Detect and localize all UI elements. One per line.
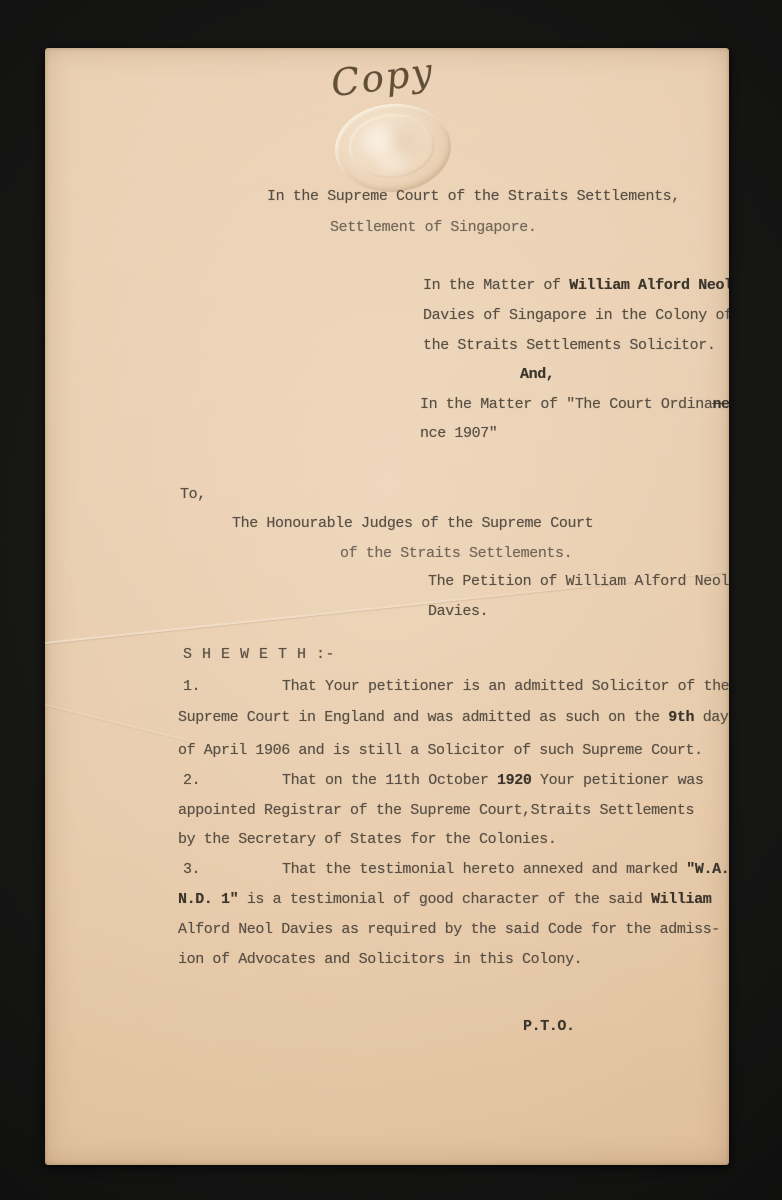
paragraph-text: Your petitioner was bbox=[531, 772, 703, 789]
paragraph-text: day bbox=[694, 709, 728, 726]
paragraph-text: Supreme Court in England and was admitte… bbox=[178, 709, 668, 726]
salutation: To, bbox=[180, 486, 206, 503]
copy-annotation: Copy bbox=[329, 50, 437, 105]
embossed-seal-icon bbox=[332, 100, 454, 196]
court-heading-line-2: Settlement of Singapore. bbox=[330, 219, 536, 236]
date-emphasis: 9th bbox=[668, 709, 694, 726]
matter-clause-line-3: the Straits Settlements Solicitor. bbox=[423, 337, 715, 354]
struck-out-text: ne bbox=[712, 396, 729, 413]
paragraph-3-line-2: N.D. 1" is a testimonial of good charact… bbox=[178, 891, 711, 908]
paragraph-3-number: 3. bbox=[183, 861, 200, 878]
addressee-line-1: The Honourable Judges of the Supreme Cou… bbox=[232, 515, 593, 532]
matter-clause-text: In the Matter of bbox=[423, 277, 569, 294]
paragraph-2-line-1: That on the 11th October 1920 Your petit… bbox=[282, 772, 703, 789]
year-emphasis: 1920 bbox=[497, 772, 531, 789]
addressee-line-2: of the Straits Settlements. bbox=[340, 545, 572, 562]
paragraph-3-line-4: ion of Advocates and Solicitors in this … bbox=[178, 951, 582, 968]
paragraph-2-line-2: appointed Registrar of the Supreme Court… bbox=[178, 802, 694, 819]
seal-crest-icon bbox=[347, 111, 437, 181]
paragraph-1-line-2: Supreme Court in England and was admitte… bbox=[178, 709, 729, 726]
petition-title-line-2: Davies. bbox=[428, 603, 488, 620]
sheweth-heading: S H E W E T H :- bbox=[183, 646, 335, 663]
matter-and-separator: And, bbox=[520, 366, 554, 383]
paragraph-2-line-3: by the Secretary of States for the Colon… bbox=[178, 831, 556, 848]
paragraph-1-line-1: That Your petitioner is an admitted Soli… bbox=[282, 678, 729, 695]
paragraph-text: That on the 11th October bbox=[282, 772, 497, 789]
matter-clause-line-5: In the Matter of "The Court Ordinane bbox=[420, 396, 729, 413]
paragraph-2-number: 2. bbox=[183, 772, 200, 789]
exhibit-mark: "W.A. bbox=[686, 861, 729, 878]
scan-background: Copy In the Supreme Court of the Straits… bbox=[0, 0, 782, 1200]
petition-document-page: Copy In the Supreme Court of the Straits… bbox=[45, 48, 729, 1165]
paper-crease bbox=[45, 703, 195, 743]
pto-label: P.T.O. bbox=[523, 1018, 575, 1035]
paragraph-3-line-1: That the testimonial hereto annexed and … bbox=[282, 861, 729, 878]
court-heading-line-1: In the Supreme Court of the Straits Sett… bbox=[267, 188, 680, 205]
paragraph-text: That the testimonial hereto annexed and … bbox=[282, 861, 686, 878]
matter-clause-line-6: nce 1907" bbox=[420, 425, 497, 442]
name-emphasis: William bbox=[651, 891, 711, 908]
matter-clause-line-1: In the Matter of William Alford Neol bbox=[423, 277, 729, 294]
paragraph-text: is a testimonial of good character of th… bbox=[238, 891, 651, 908]
paragraph-1-line-3: of April 1906 and is still a Solicitor o… bbox=[178, 742, 703, 759]
paragraph-1-number: 1. bbox=[183, 678, 200, 695]
matter-clause-text: In the Matter of "The Court Ordina bbox=[420, 396, 712, 413]
petitioner-name: William Alford Neol bbox=[569, 277, 729, 294]
petition-title-line-1: The Petition of William Alford Neol bbox=[428, 573, 729, 590]
paragraph-3-line-3: Alford Neol Davies as required by the sa… bbox=[178, 921, 720, 938]
matter-clause-line-2: Davies of Singapore in the Colony of bbox=[423, 307, 729, 324]
exhibit-mark: N.D. 1" bbox=[178, 891, 238, 908]
